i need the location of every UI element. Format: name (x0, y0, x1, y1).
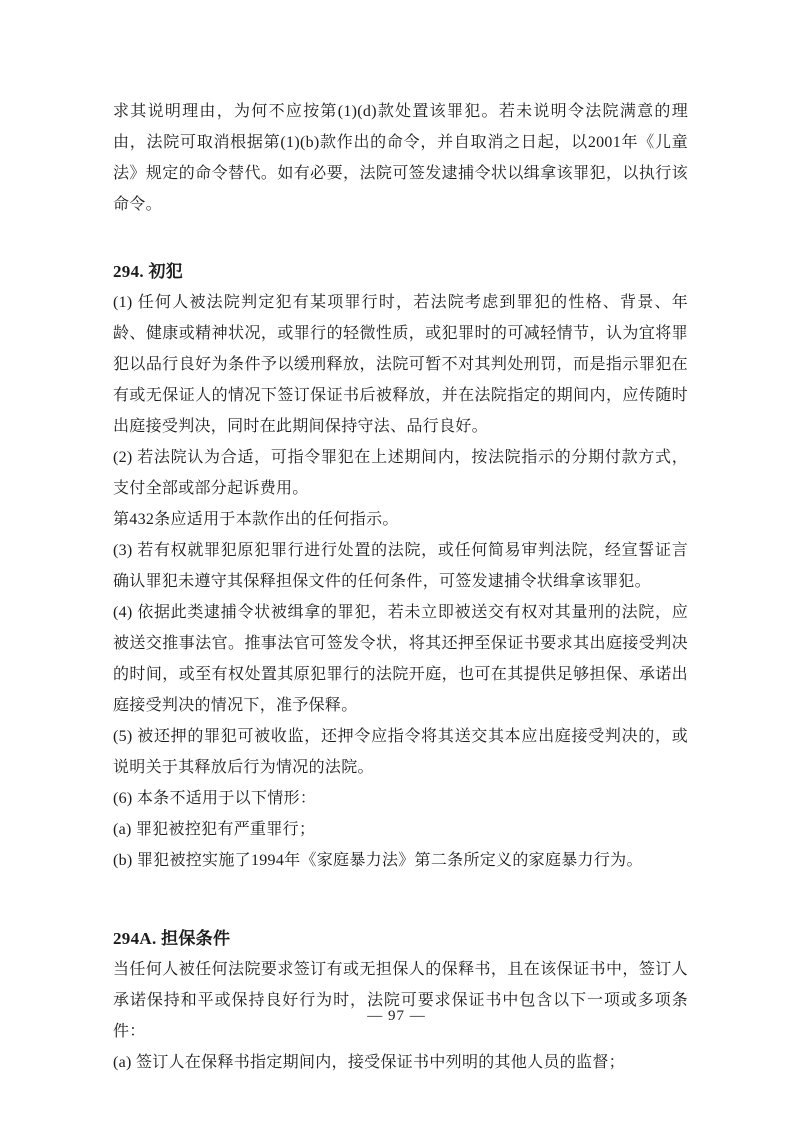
clause-294-2: (2) 若法院认为合适，可指令罪犯在上述期间内，按法院指示的分期付款方式，支付全… (113, 442, 688, 504)
section-294-heading: 294. 初犯 (113, 256, 688, 287)
clause-294-6b: (b) 罪犯被控实施了1994年《家庭暴力法》第二条所定义的家庭暴力行为。 (113, 845, 688, 876)
clause-294-4: (4) 依据此类逮捕令状被缉拿的罪犯，若未立即被送交有权对其量刑的法院，应被送交… (113, 597, 688, 721)
clause-294-5: (5) 被还押的罪犯可被收监，还押令应指令将其送交其本应出庭接受判决的，或说明关… (113, 721, 688, 783)
clause-294a-intro: 当任何人被任何法院要求签订有或无担保人的保释书，且在该保证书中，签订人承诺保持和… (113, 954, 688, 1047)
clause-294-3: (3) 若有权就罪犯原犯罪行进行处置的法院，或任何简易审判法院，经宣誓证言确认罪… (113, 535, 688, 597)
clause-294-6a: (a) 罪犯被控犯有严重罪行； (113, 814, 688, 845)
clause-294-1: (1) 任何人被法院判定犯有某项罪行时，若法院考虑到罪犯的性格、背景、年龄、健康… (113, 287, 688, 442)
clause-294-6: (6) 本条不适用于以下情形： (113, 783, 688, 814)
clause-294-2-note: 第432条应适用于本款作出的任何指示。 (113, 504, 688, 535)
section-294a-heading: 294A. 担保条件 (113, 923, 688, 954)
clause-294a-a: (a) 签订人在保释书指定期间内，接受保证书中列明的其他人员的监督； (113, 1047, 688, 1078)
page-number: — 97 — (0, 1006, 793, 1026)
continuation-paragraph: 求其说明理由，为何不应按第(1)(d)款处置该罪犯。若未说明令法院满意的理由，法… (113, 96, 688, 220)
document-page: 求其说明理由，为何不应按第(1)(d)款处置该罪犯。若未说明令法院满意的理由，法… (0, 0, 793, 1122)
